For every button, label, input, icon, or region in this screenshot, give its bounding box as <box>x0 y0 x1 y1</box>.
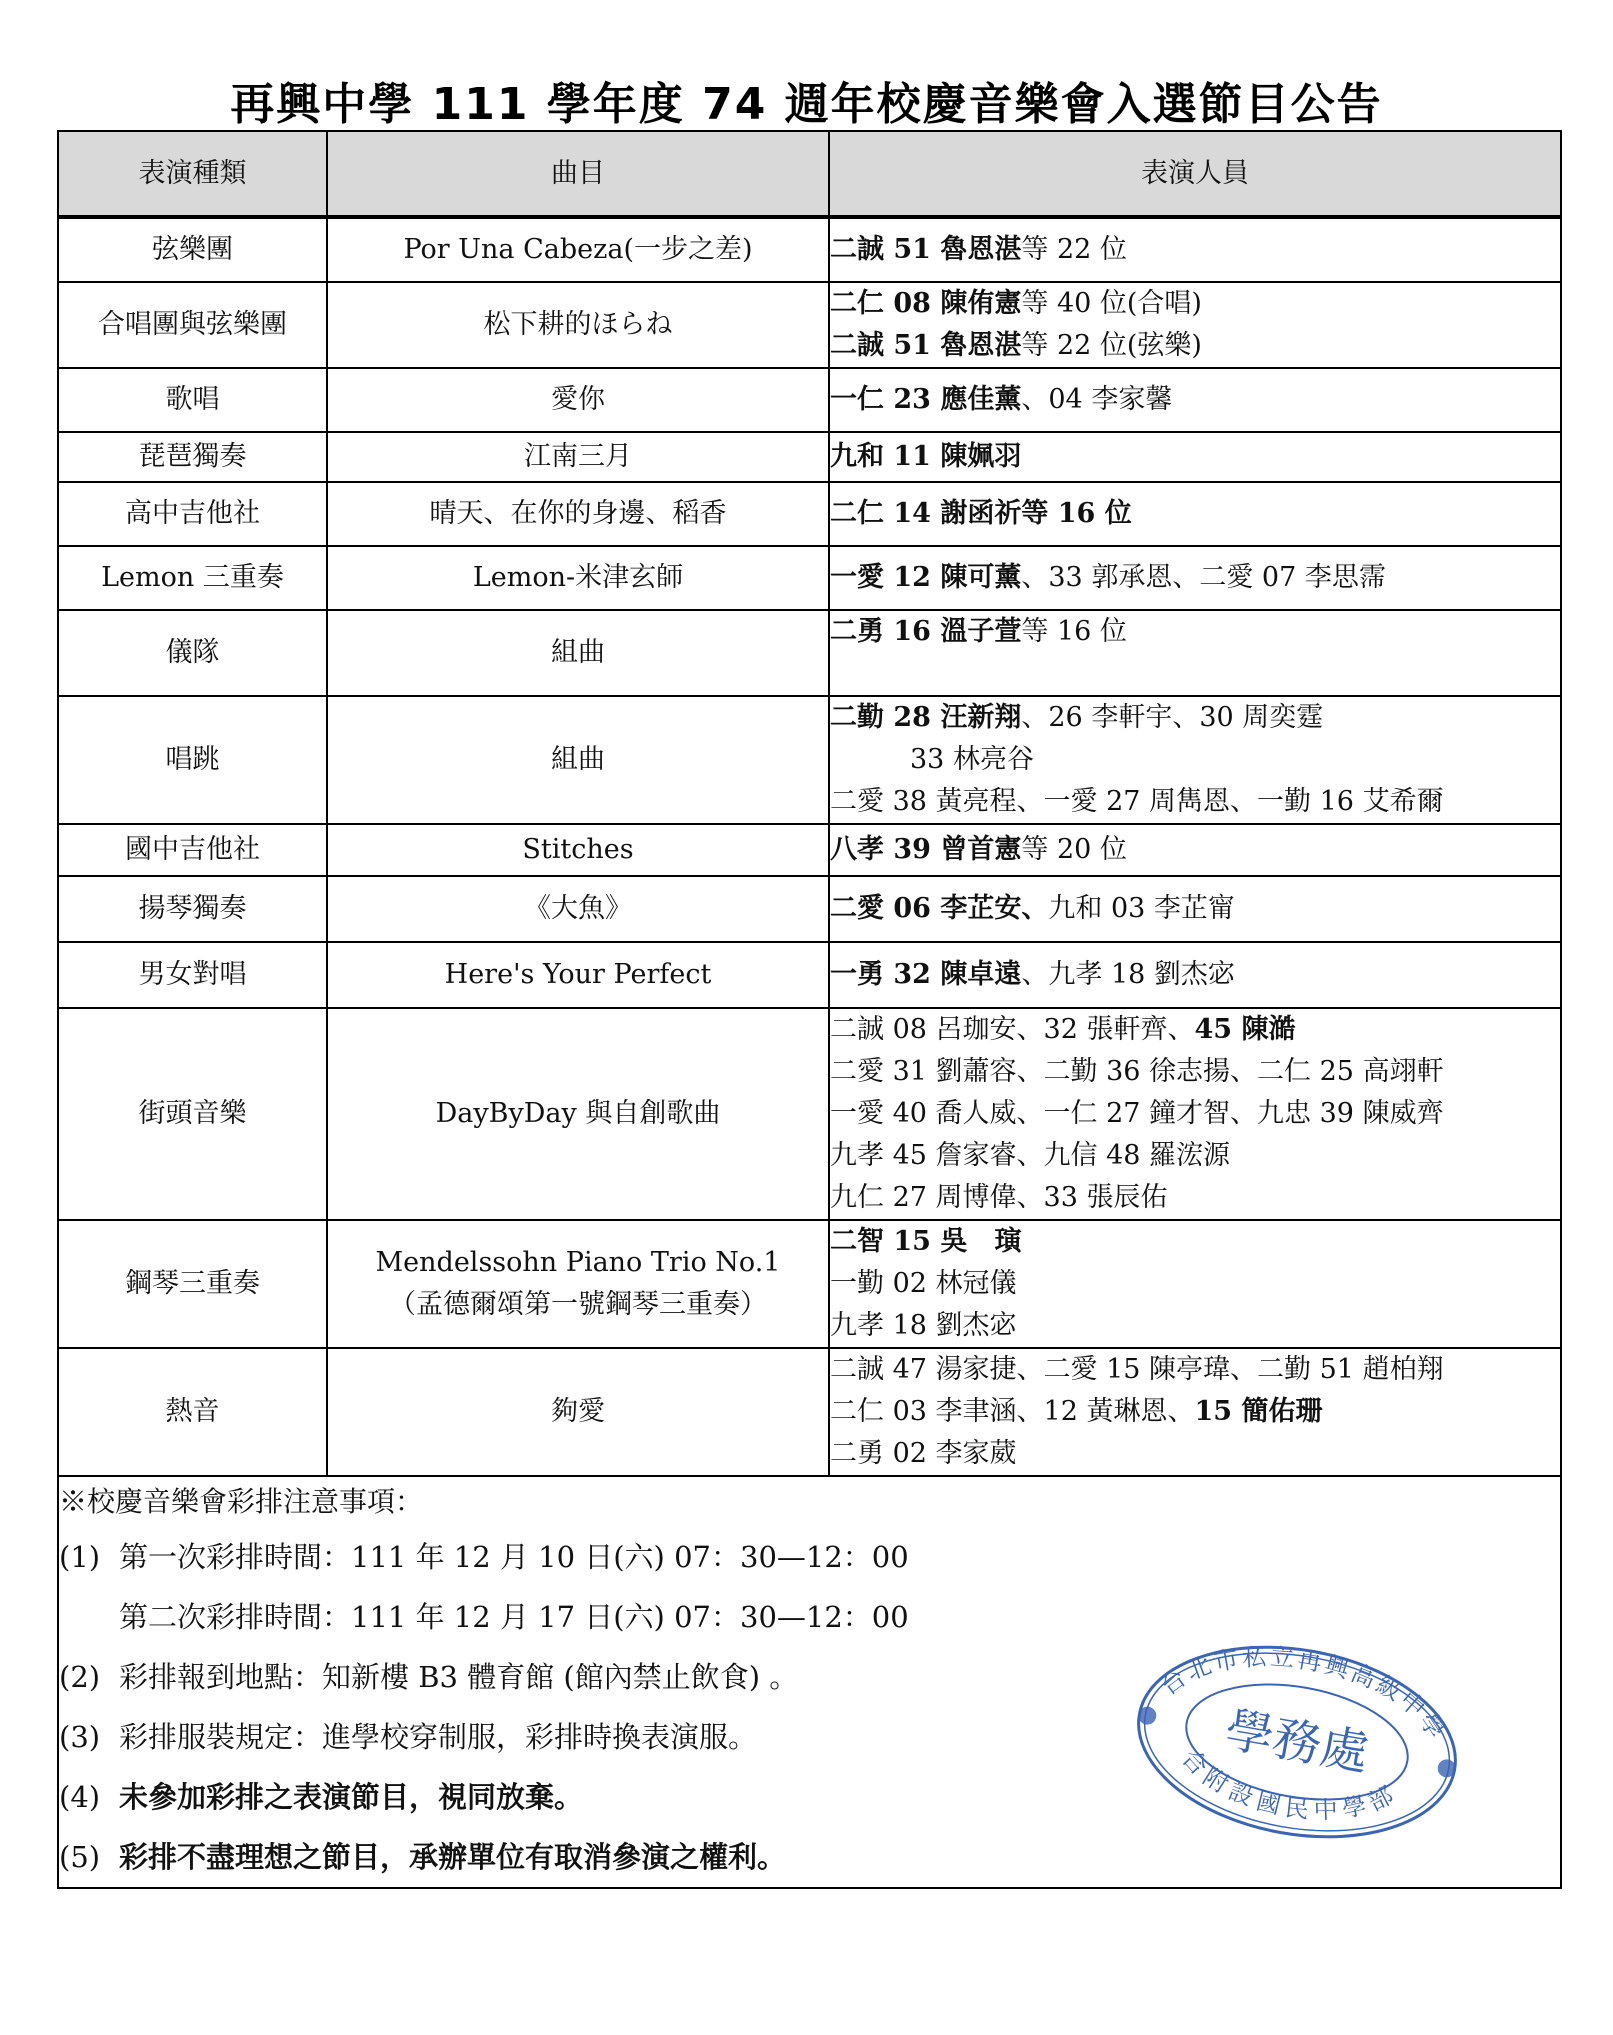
cell-performers: 二仁 08 陳侑憲等 40 位(合唱)二誠 51 魯恩湛等 22 位(弦樂) <box>829 282 1561 368</box>
performer-name-highlight: 二勇 16 溫子萱 <box>830 616 1021 647</box>
cell-performers: 二誠 47 湯家捷、二愛 15 陳亭瑋、二勤 51 趙柏翔二仁 03 李聿涵、1… <box>829 1348 1561 1476</box>
notes-heading: ※校慶音樂會彩排注意事項： <box>59 1477 1560 1527</box>
header-category: 表演種類 <box>58 131 327 217</box>
performer-name-highlight: 二誠 51 魯恩湛 <box>830 234 1021 265</box>
table-row: 弦樂團Por Una Cabeza(一步之差)二誠 51 魯恩湛等 22 位 <box>58 217 1561 282</box>
song-title-line: 愛你 <box>328 379 828 421</box>
table-row: 琵琶獨奏江南三月九和 11 陳姵羽 <box>58 432 1561 482</box>
performer-line: 二誠 51 魯恩湛等 22 位(弦樂) <box>830 325 1560 367</box>
note-text: 第二次彩排時間：111 年 12 月 17 日(六) 07：30—12：00 <box>119 1600 909 1634</box>
performer-name-highlight: 二仁 14 謝函祈等 16 位 <box>830 498 1132 529</box>
table-row: 高中吉他社晴天、在你的身邊、稻香二仁 14 謝函祈等 16 位 <box>58 482 1561 546</box>
cell-category: 合唱團與弦樂團 <box>58 282 327 368</box>
performer-name: 、26 李軒宇、30 周奕霆 <box>1021 702 1323 733</box>
cell-song: Lemon-米津玄師 <box>327 546 829 610</box>
performer-line: 九仁 27 周博偉、33 張辰佑 <box>830 1177 1560 1219</box>
performer-name-highlight: 二愛 06 李芷安、 <box>830 893 1048 924</box>
svg-text:學務處: 學務處 <box>1221 1702 1373 1782</box>
performer-name: 等 22 位 <box>1021 234 1127 265</box>
note-text: 彩排服裝規定：進學校穿制服，彩排時換表演服。 <box>119 1720 757 1754</box>
cell-song: Por Una Cabeza(一步之差) <box>327 217 829 282</box>
program-table: 表演種類 曲目 表演人員 弦樂團Por Una Cabeza(一步之差)二誠 5… <box>57 130 1562 1889</box>
table-row: 儀隊組曲二勇 16 溫子萱等 16 位 <box>58 610 1561 696</box>
cell-song: 松下耕的ほらね <box>327 282 829 368</box>
performer-line: 二愛 38 黃亮程、一愛 27 周雋恩、一勤 16 艾希爾 <box>830 781 1560 823</box>
cell-performers: 二勇 16 溫子萱等 16 位 <box>829 610 1561 696</box>
performer-name: 二愛 31 劉蕭容、二勤 36 徐志揚、二仁 25 高翊軒 <box>830 1056 1444 1087</box>
song-title-line: Stitches <box>328 829 828 871</box>
song-title-line: 江南三月 <box>328 436 828 478</box>
performer-name-highlight: 一勇 32 陳卓遠 <box>830 959 1021 990</box>
performer-name: 九孝 18 劉杰宓 <box>830 1310 1017 1341</box>
cell-performers: 八孝 39 曾首憲等 20 位 <box>829 824 1561 876</box>
table-row: 唱跳組曲二勤 28 汪新翔、26 李軒宇、30 周奕霆33 林亮谷二愛 38 黃… <box>58 696 1561 824</box>
performer-name: 二勇 02 李家葳 <box>830 1438 1017 1469</box>
table-row: 合唱團與弦樂團松下耕的ほらね二仁 08 陳侑憲等 40 位(合唱)二誠 51 魯… <box>58 282 1561 368</box>
performer-line: 一愛 12 陳可薰、33 郭承恩、二愛 07 李思霈 <box>830 557 1560 599</box>
performer-line: 一勇 32 陳卓遠、九孝 18 劉杰宓 <box>830 954 1560 996</box>
cell-category: 歌唱 <box>58 368 327 432</box>
performer-line: 九孝 45 詹家睿、九信 48 羅浤源 <box>830 1135 1560 1177</box>
performer-line: 一愛 40 喬人威、一仁 27 鐘才智、九忠 39 陳威齊 <box>830 1093 1560 1135</box>
performer-line: 二仁 03 李聿涵、12 黃琳恩、15 簡佑珊 <box>830 1391 1560 1433</box>
cell-song: 江南三月 <box>327 432 829 482</box>
performer-line: 二勇 16 溫子萱等 16 位 <box>830 611 1560 653</box>
performer-line: 二誠 08 呂珈安、32 張軒齊、45 陳澔 <box>830 1009 1560 1051</box>
cell-performers: 一仁 23 應佳薰、04 李家馨 <box>829 368 1561 432</box>
cell-category: 琵琶獨奏 <box>58 432 327 482</box>
performer-name: 二誠 08 呂珈安、32 張軒齊、 <box>830 1014 1194 1045</box>
cell-performers: 二誠 08 呂珈安、32 張軒齊、45 陳澔二愛 31 劉蕭容、二勤 36 徐志… <box>829 1008 1561 1220</box>
cell-category: Lemon 三重奏 <box>58 546 327 610</box>
performer-name: 、33 郭承恩、二愛 07 李思霈 <box>1021 562 1385 593</box>
performer-name-highlight: 八孝 39 曾首憲 <box>830 834 1021 865</box>
cell-song: Stitches <box>327 824 829 876</box>
cell-song: 組曲 <box>327 696 829 824</box>
cell-performers: 一愛 12 陳可薰、33 郭承恩、二愛 07 李思霈 <box>829 546 1561 610</box>
cell-performers: 九和 11 陳姵羽 <box>829 432 1561 482</box>
performer-line: 一勤 02 林冠儀 <box>830 1263 1560 1305</box>
performer-name-highlight: 二誠 51 魯恩湛 <box>830 330 1021 361</box>
note-text: 彩排報到地點：知新樓 B3 體育館 (館內禁止飲食) 。 <box>119 1660 798 1694</box>
performer-name: 一勤 02 林冠儀 <box>830 1268 1017 1299</box>
table-row: 街頭音樂DayByDay 與自創歌曲二誠 08 呂珈安、32 張軒齊、45 陳澔… <box>58 1008 1561 1220</box>
page-title: 再興中學 111 學年度 74 週年校慶音樂會入選節目公告 <box>0 68 1613 132</box>
song-title-line: 松下耕的ほらね <box>328 304 828 346</box>
note-number: (1) <box>59 1527 119 1587</box>
performer-line: 二誠 51 魯恩湛等 22 位 <box>830 229 1560 271</box>
office-seal-stamp: 台北市私立再興高級中學 合附設國民中學部 學務處 <box>1127 1632 1467 1852</box>
table-row: 男女對唱Here's Your Perfect一勇 32 陳卓遠、九孝 18 劉… <box>58 942 1561 1008</box>
performer-name-highlight: 一仁 23 應佳薰 <box>830 384 1021 415</box>
cell-category: 鋼琴三重奏 <box>58 1220 327 1348</box>
cell-performers: 二智 15 吳 璌一勤 02 林冠儀九孝 18 劉杰宓 <box>829 1220 1561 1348</box>
song-title-line: 組曲 <box>328 739 828 781</box>
cell-category: 街頭音樂 <box>58 1008 327 1220</box>
performer-line: 九和 11 陳姵羽 <box>830 436 1560 478</box>
performer-name: 二誠 47 湯家捷、二愛 15 陳亭瑋、二勤 51 趙柏翔 <box>830 1354 1444 1385</box>
cell-song: 夠愛 <box>327 1348 829 1476</box>
performer-name-highlight: 一愛 12 陳可薰 <box>830 562 1021 593</box>
performer-name-highlight: 九和 11 陳姵羽 <box>830 441 1021 472</box>
song-title-line: Here's Your Perfect <box>328 954 828 996</box>
note-number: (3) <box>59 1707 119 1767</box>
performer-name: 、九孝 18 劉杰宓 <box>1021 959 1235 990</box>
table-row: 國中吉他社Stitches八孝 39 曾首憲等 20 位 <box>58 824 1561 876</box>
note-number: (5) <box>59 1827 119 1887</box>
table-row: 鋼琴三重奏Mendelssohn Piano Trio No.1（孟德爾頌第一號… <box>58 1220 1561 1348</box>
cell-category: 唱跳 <box>58 696 327 824</box>
performer-name: 等 16 位 <box>1021 616 1127 647</box>
song-title-line: 組曲 <box>328 632 828 674</box>
song-title-line: Por Una Cabeza(一步之差) <box>328 229 828 271</box>
cell-song: DayByDay 與自創歌曲 <box>327 1008 829 1220</box>
table-row: 歌唱愛你一仁 23 應佳薰、04 李家馨 <box>58 368 1561 432</box>
cell-song: 晴天、在你的身邊、稻香 <box>327 482 829 546</box>
performer-name: 二仁 03 李聿涵、12 黃琳恩、 <box>830 1396 1194 1427</box>
note-item: (1)第一次彩排時間：111 年 12 月 10 日(六) 07：30—12：0… <box>59 1527 1560 1587</box>
performer-name-highlight: 45 陳澔 <box>1194 1014 1295 1045</box>
header-song: 曲目 <box>327 131 829 217</box>
performer-line: 八孝 39 曾首憲等 20 位 <box>830 829 1560 871</box>
performer-name: 九和 03 李芷甯 <box>1048 893 1235 924</box>
performer-line <box>830 653 1560 695</box>
song-title-line: 《大魚》 <box>328 888 828 930</box>
table-row: 熱音夠愛二誠 47 湯家捷、二愛 15 陳亭瑋、二勤 51 趙柏翔二仁 03 李… <box>58 1348 1561 1476</box>
performer-name: 九孝 45 詹家睿、九信 48 羅浤源 <box>830 1140 1230 1171</box>
performer-name: 等 22 位(弦樂) <box>1021 330 1202 361</box>
performer-line: 二愛 31 劉蕭容、二勤 36 徐志揚、二仁 25 高翊軒 <box>830 1051 1560 1093</box>
cell-song: 《大魚》 <box>327 876 829 942</box>
cell-category: 高中吉他社 <box>58 482 327 546</box>
performer-name: 九仁 27 周博偉、33 張辰佑 <box>830 1182 1167 1213</box>
performer-line: 二誠 47 湯家捷、二愛 15 陳亭瑋、二勤 51 趙柏翔 <box>830 1349 1560 1391</box>
performer-name-highlight: 二智 15 吳 璌 <box>830 1226 1021 1257</box>
note-text: 第一次彩排時間：111 年 12 月 10 日(六) 07：30—12：00 <box>119 1540 909 1574</box>
performer-name: 二愛 38 黃亮程、一愛 27 周雋恩、一勤 16 艾希爾 <box>830 786 1444 817</box>
cell-performers: 二愛 06 李芷安、九和 03 李芷甯 <box>829 876 1561 942</box>
performer-line: 一仁 23 應佳薰、04 李家馨 <box>830 379 1560 421</box>
song-title-line: （孟德爾頌第一號鋼琴三重奏） <box>328 1284 828 1326</box>
table-row: Lemon 三重奏Lemon-米津玄師一愛 12 陳可薰、33 郭承恩、二愛 0… <box>58 546 1561 610</box>
note-number: (2) <box>59 1647 119 1707</box>
cell-song: Here's Your Perfect <box>327 942 829 1008</box>
song-title-line: 晴天、在你的身邊、稻香 <box>328 493 828 535</box>
note-text: 未參加彩排之表演節目，視同放棄。 <box>119 1780 583 1814</box>
performer-name: 33 林亮谷 <box>910 744 1034 775</box>
cell-song: 愛你 <box>327 368 829 432</box>
note-text: 彩排不盡理想之節目，承辦單位有取消參演之權利。 <box>119 1840 786 1874</box>
performer-line: 二智 15 吳 璌 <box>830 1221 1560 1263</box>
note-number: (4) <box>59 1767 119 1827</box>
performer-name: 一愛 40 喬人威、一仁 27 鐘才智、九忠 39 陳威齊 <box>830 1098 1444 1129</box>
header-performers: 表演人員 <box>829 131 1561 217</box>
performer-line: 二勇 02 李家葳 <box>830 1433 1560 1475</box>
performer-name: 等 40 位(合唱) <box>1021 288 1202 319</box>
cell-performers: 一勇 32 陳卓遠、九孝 18 劉杰宓 <box>829 942 1561 1008</box>
performer-name-highlight: 15 簡佑珊 <box>1194 1396 1322 1427</box>
performer-line: 二勤 28 汪新翔、26 李軒宇、30 周奕霆 <box>830 697 1560 739</box>
performer-line: 33 林亮谷 <box>830 739 1560 781</box>
song-title-line: Mendelssohn Piano Trio No.1 <box>328 1242 828 1284</box>
cell-category: 儀隊 <box>58 610 327 696</box>
table-header-row: 表演種類 曲目 表演人員 <box>58 131 1561 217</box>
performer-name: 等 20 位 <box>1021 834 1127 865</box>
performer-name-highlight: 二仁 08 陳侑憲 <box>830 288 1021 319</box>
performer-line: 二仁 08 陳侑憲等 40 位(合唱) <box>830 283 1560 325</box>
cell-performers: 二勤 28 汪新翔、26 李軒宇、30 周奕霆33 林亮谷二愛 38 黃亮程、一… <box>829 696 1561 824</box>
song-title-line: 夠愛 <box>328 1391 828 1433</box>
cell-category: 弦樂團 <box>58 217 327 282</box>
song-title-line: Lemon-米津玄師 <box>328 557 828 599</box>
cell-song: 組曲 <box>327 610 829 696</box>
performer-name-highlight: 二勤 28 汪新翔 <box>830 702 1021 733</box>
table-row: 揚琴獨奏《大魚》二愛 06 李芷安、九和 03 李芷甯 <box>58 876 1561 942</box>
song-title-line: DayByDay 與自創歌曲 <box>328 1093 828 1135</box>
cell-performers: 二仁 14 謝函祈等 16 位 <box>829 482 1561 546</box>
performer-line: 九孝 18 劉杰宓 <box>830 1305 1560 1347</box>
performer-line: 二仁 14 謝函祈等 16 位 <box>830 493 1560 535</box>
cell-performers: 二誠 51 魯恩湛等 22 位 <box>829 217 1561 282</box>
cell-category: 男女對唱 <box>58 942 327 1008</box>
cell-category: 揚琴獨奏 <box>58 876 327 942</box>
performer-line: 二愛 06 李芷安、九和 03 李芷甯 <box>830 888 1560 930</box>
cell-category: 國中吉他社 <box>58 824 327 876</box>
cell-song: Mendelssohn Piano Trio No.1（孟德爾頌第一號鋼琴三重奏… <box>327 1220 829 1348</box>
cell-category: 熱音 <box>58 1348 327 1476</box>
performer-name: 、04 李家馨 <box>1021 384 1172 415</box>
